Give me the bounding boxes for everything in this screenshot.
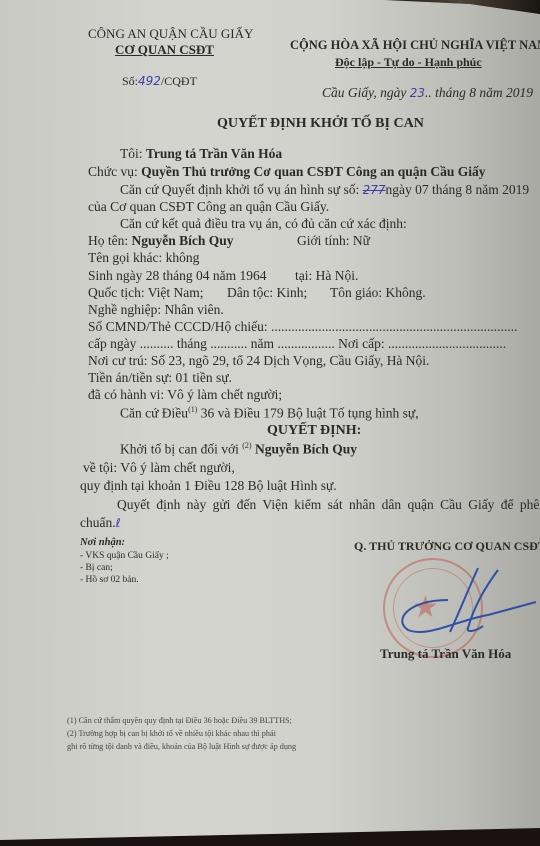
position-value: Quyền Thủ trưởng Cơ quan CSĐT Công an qu… (141, 164, 485, 179)
handwritten-mark: ℓ (116, 516, 121, 530)
suspect-birth: Sinh ngày 28 tháng 04 năm 1964 (88, 268, 267, 284)
approval-word: chuẩn. (80, 515, 116, 530)
handwritten-number: 492 (138, 74, 161, 88)
office-name: CƠ QUAN CSĐT (115, 42, 214, 58)
suspect-religion: Tôn giáo: Không. (330, 285, 426, 301)
country-name: CỘNG HÒA XÃ HỘI CHỦ NGHĨA VIỆT NAM (290, 38, 540, 53)
recipient-item: - Bị can; (80, 563, 113, 573)
suspect-ethnicity: Dân tộc: Kinh; (227, 285, 307, 301)
recipients-label: Nơi nhận: (80, 537, 125, 548)
suspect-birthplace: tại: Hà Nội. (295, 268, 358, 284)
legal-basis-prefix: Căn cứ Điều (120, 406, 188, 421)
basis-case-line: Căn cứ Quyết định khởi tố vụ án hình sự … (120, 182, 529, 198)
decision-charge: về tội: Vô ý làm chết người, (83, 460, 235, 476)
footnote-ref-1: (1) (188, 405, 197, 414)
agency-name: CÔNG AN QUẬN CẦU GIẤY (88, 26, 253, 42)
position-line: Chức vụ: Quyền Thủ trưởng Cơ quan CSĐT C… (88, 164, 486, 180)
document-date: Cầu Giấy, ngày 23.. tháng 8 năm 2019 (322, 85, 533, 101)
suspect-name-line: Họ tên: Nguyễn Bích Quy (88, 233, 234, 249)
handwritten-case-number: 277 (363, 183, 386, 197)
issuer-label: Tôi: (120, 146, 143, 161)
legal-basis: Căn cứ Điều(1) 36 và Điều 179 Bộ luật Tố… (120, 405, 419, 422)
decision-recipient-line: Quyết định này gửi đến Viện kiểm sát nhâ… (117, 497, 539, 513)
suspect-residence: Nơi cư trú: Số 23, ngõ 29, tổ 24 Dịch Vọ… (88, 353, 429, 369)
decision-suspect-name: Nguyễn Bích Quy (255, 442, 357, 457)
suspect-gender: Giới tính: Nữ (297, 233, 370, 249)
basis-investigation: Căn cứ kết quả điều tra vụ án, có đủ căn… (120, 216, 407, 232)
footnote-ref-2: (2) (242, 441, 251, 450)
decision-article: quy định tại khoản 1 Điều 128 Bộ luật Hì… (80, 478, 337, 494)
suspect-occupation: Nghề nghiệp: Nhân viên. (88, 302, 224, 318)
basis-case-prefix: Căn cứ Quyết định khởi tố vụ án hình sự … (120, 182, 359, 197)
date-prefix: Cầu Giấy, ngày (322, 85, 406, 100)
suspect-nationality: Quốc tịch: Việt Nam; (88, 285, 204, 301)
issuer-name: Trung tá Trần Văn Hóa (146, 146, 282, 161)
signer-name: Trung tá Trần Văn Hóa (380, 646, 511, 662)
footnote-2: (2) Trường hợp bị can bị khởi tố về nhiề… (67, 729, 276, 738)
suspect-id-issue: cấp ngày .......... tháng ........... nă… (88, 336, 506, 352)
document-title: QUYẾT ĐỊNH KHỞI TỐ BỊ CAN (217, 116, 424, 132)
decision-prefix: Khởi tố bị can đối với (120, 442, 239, 457)
signer-title: Q. THỦ TRƯỞNG CƠ QUAN CSĐT (354, 539, 540, 554)
basis-case-line2: của Cơ quan CSĐT Công an quận Cầu Giấy. (88, 199, 329, 215)
position-label: Chức vụ: (88, 164, 138, 179)
date-suffix: .. tháng 8 năm 2019 (425, 85, 533, 100)
suspect-name-label: Họ tên: (88, 233, 128, 248)
document-number: Số:492/CQĐT (122, 74, 197, 89)
number-label: Số: (122, 74, 138, 88)
suspect-act: đã có hành vi: Vô ý làm chết người; (88, 387, 282, 403)
suspect-alias: Tên gọi khác: không (88, 250, 199, 266)
handwritten-day: 23 (410, 86, 425, 100)
suspect-id-number: Số CMND/Thẻ CCCD/Hộ chiếu: .............… (88, 319, 517, 335)
recipient-item: - VKS quận Cầu Giấy ; (80, 551, 169, 561)
suspect-name: Nguyễn Bích Quy (132, 233, 234, 248)
decision-approval: chuẩn.ℓ (80, 515, 121, 531)
footnote-1: (1) Căn cứ thẩm quyền quy định tại Điều … (67, 716, 292, 725)
national-motto: Độc lập - Tự do - Hạnh phúc (335, 55, 482, 70)
suspect-record: Tiền án/tiền sự: 01 tiền sự. (88, 370, 232, 386)
recipient-item: - Hồ sơ 02 bản. (80, 575, 139, 585)
footnote-2-cont: ghi rõ từng tội danh và điều, khoản của … (67, 742, 296, 751)
basis-case-date: ngày 07 tháng 8 năm 2019 (386, 182, 530, 197)
issuer-line: Tôi: Trung tá Trần Văn Hóa (120, 146, 282, 162)
decision-line-1: Khởi tố bị can đối với (2) Nguyễn Bích Q… (120, 441, 357, 458)
decision-heading: QUYẾT ĐỊNH: (267, 423, 361, 439)
signature-icon (388, 560, 538, 640)
legal-basis-suffix: 36 và Điều 179 Bộ luật Tố tụng hình sự, (197, 406, 418, 421)
number-suffix: /CQĐT (161, 74, 197, 88)
